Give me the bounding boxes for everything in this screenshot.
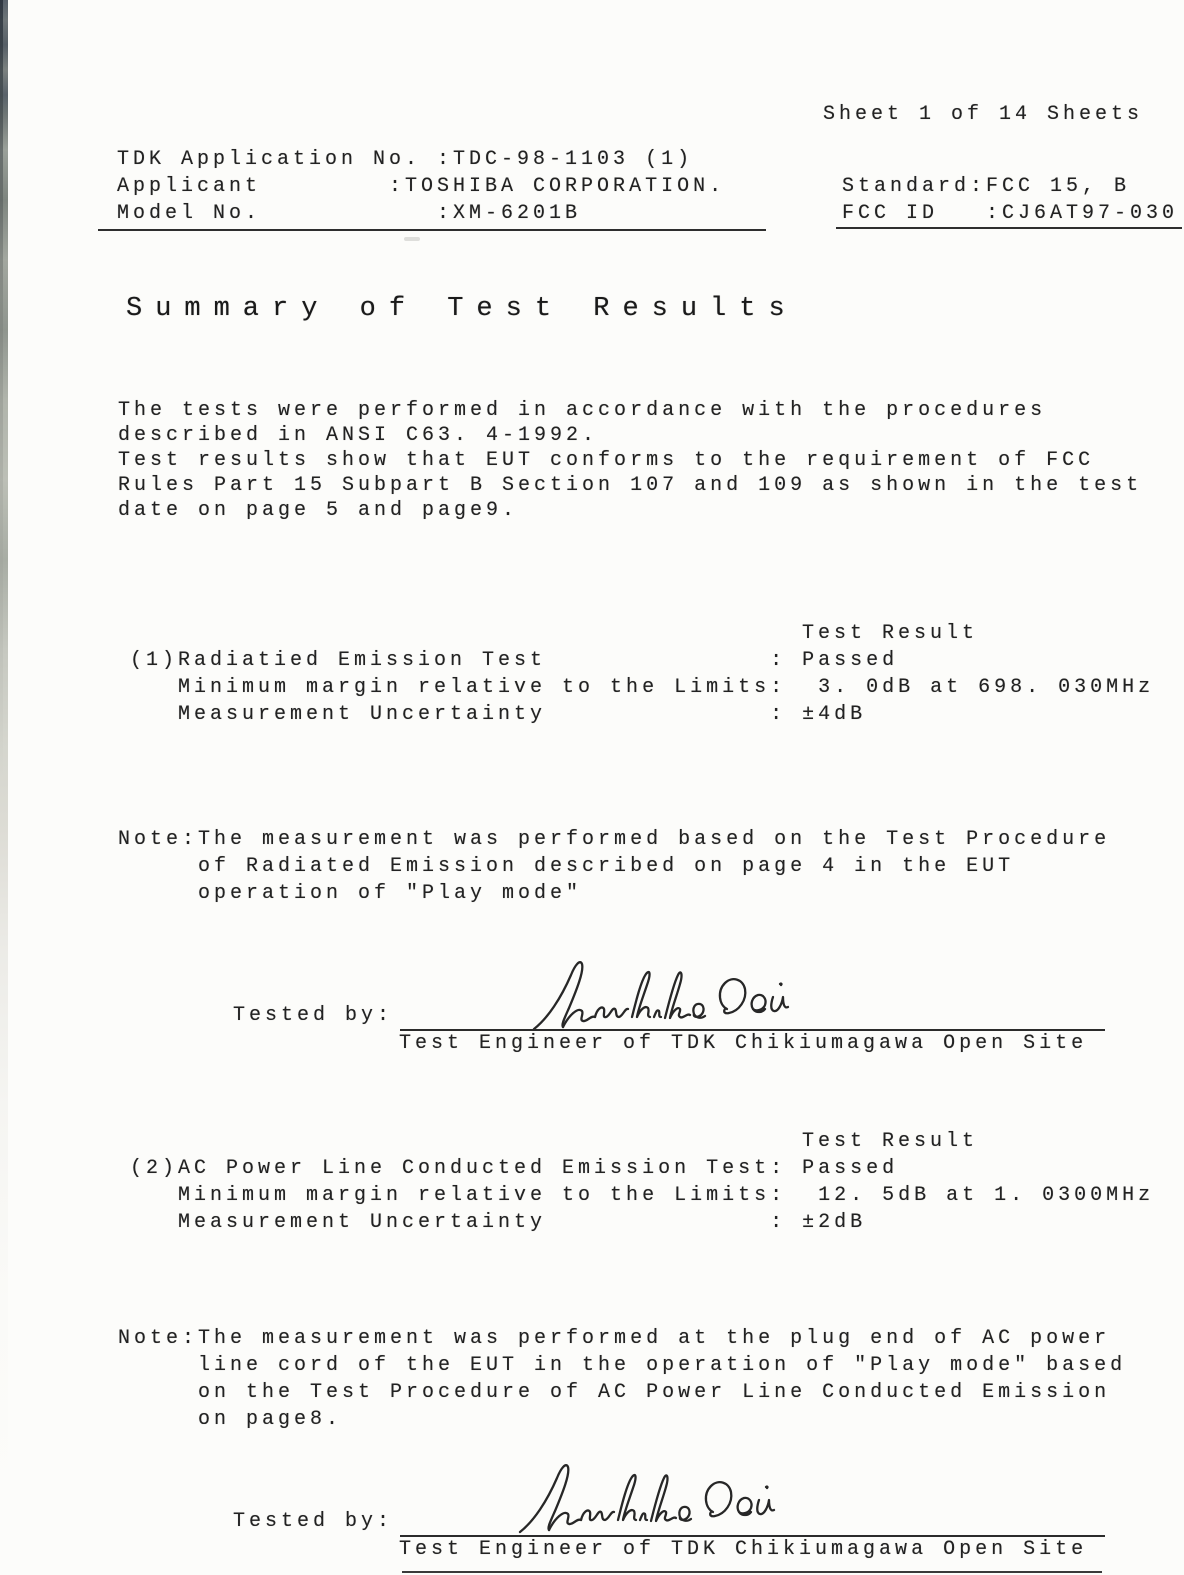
intro-line: described in ANSI C63. 4-1992. [118, 423, 1142, 448]
signature-line [400, 1029, 1105, 1031]
note-line: Note:The measurement was performed based… [118, 826, 1110, 853]
conducted-test-row: (2)AC Power Line Conducted Emission Test… [130, 1155, 1154, 1182]
scan-edge-artifact-dark [0, 0, 3, 780]
signature-handwriting [514, 1458, 780, 1540]
note-radiated: Note:The measurement was performed based… [118, 826, 1110, 907]
intro-paragraph: The tests were performed in accordance w… [118, 398, 1142, 523]
fcc-id-line: FCC ID :CJ6AT97-030 [842, 200, 1178, 227]
radiated-test-row: (1)Radiatied Emission Test : Passed [130, 647, 1154, 674]
application-info-block: TDK Application No. :TDC-98-1103 (1) App… [117, 146, 725, 227]
tested-by-label: Tested by: [233, 1510, 393, 1533]
signature-handwriting [528, 956, 794, 1036]
test-result-heading: Test Result [802, 1128, 1154, 1155]
caption-underline [402, 1571, 1102, 1573]
note-line: operation of ″Play mode″ [118, 880, 1110, 907]
application-number-line: TDK Application No. :TDC-98-1103 (1) [117, 146, 725, 173]
intro-line: Rules Part 15 Subpart B Section 107 and … [118, 473, 1142, 498]
document-page: Sheet 1 of 14 Sheets TDK Application No.… [0, 0, 1184, 1575]
signature-caption: Test Engineer of TDK Chikiumagawa Open S… [399, 1538, 1087, 1561]
header-underline-right [836, 227, 1182, 229]
note-line: of Radiated Emission described on page 4… [118, 853, 1110, 880]
scan-smudge [404, 237, 420, 241]
note-line: on page8. [118, 1406, 1126, 1433]
tested-by-label: Tested by: [233, 1004, 393, 1027]
conducted-margin-row: Minimum margin relative to the Limits: 1… [130, 1182, 1154, 1209]
radiated-margin-row: Minimum margin relative to the Limits: 3… [130, 674, 1154, 701]
note-line: on the Test Procedure of AC Power Line C… [118, 1379, 1126, 1406]
note-line: line cord of the EUT in the operation of… [118, 1352, 1126, 1379]
signature-line [400, 1535, 1105, 1537]
applicant-line: Applicant :TOSHIBA CORPORATION. [117, 173, 725, 200]
page-title: Summary of Test Results [126, 294, 798, 324]
signature-caption: Test Engineer of TDK Chikiumagawa Open S… [399, 1032, 1087, 1055]
test-result-section-conducted: Test Result (2)AC Power Line Conducted E… [130, 1128, 1154, 1236]
radiated-uncertainty-row: Measurement Uncertainty : ±4dB [130, 701, 1154, 728]
conducted-uncertainty-row: Measurement Uncertainty : ±2dB [130, 1209, 1154, 1236]
intro-line: The tests were performed in accordance w… [118, 398, 1142, 423]
standard-line: Standard:FCC 15, B [842, 173, 1178, 200]
note-conducted: Note:The measurement was performed at th… [118, 1325, 1126, 1433]
test-result-section-radiated: Test Result (1)Radiatied Emission Test :… [130, 620, 1154, 728]
intro-line: Test results show that EUT conforms to t… [118, 448, 1142, 473]
model-number-line: Model No. :XM-6201B [117, 200, 725, 227]
sheet-info: Sheet 1 of 14 Sheets [823, 103, 1143, 126]
header-underline-left [98, 229, 766, 231]
note-line: Note:The measurement was performed at th… [118, 1325, 1126, 1352]
intro-line: date on page 5 and page9. [118, 498, 1142, 523]
test-result-heading: Test Result [802, 620, 1154, 647]
standard-info-block: Standard:FCC 15, B FCC ID :CJ6AT97-030 [842, 173, 1178, 227]
